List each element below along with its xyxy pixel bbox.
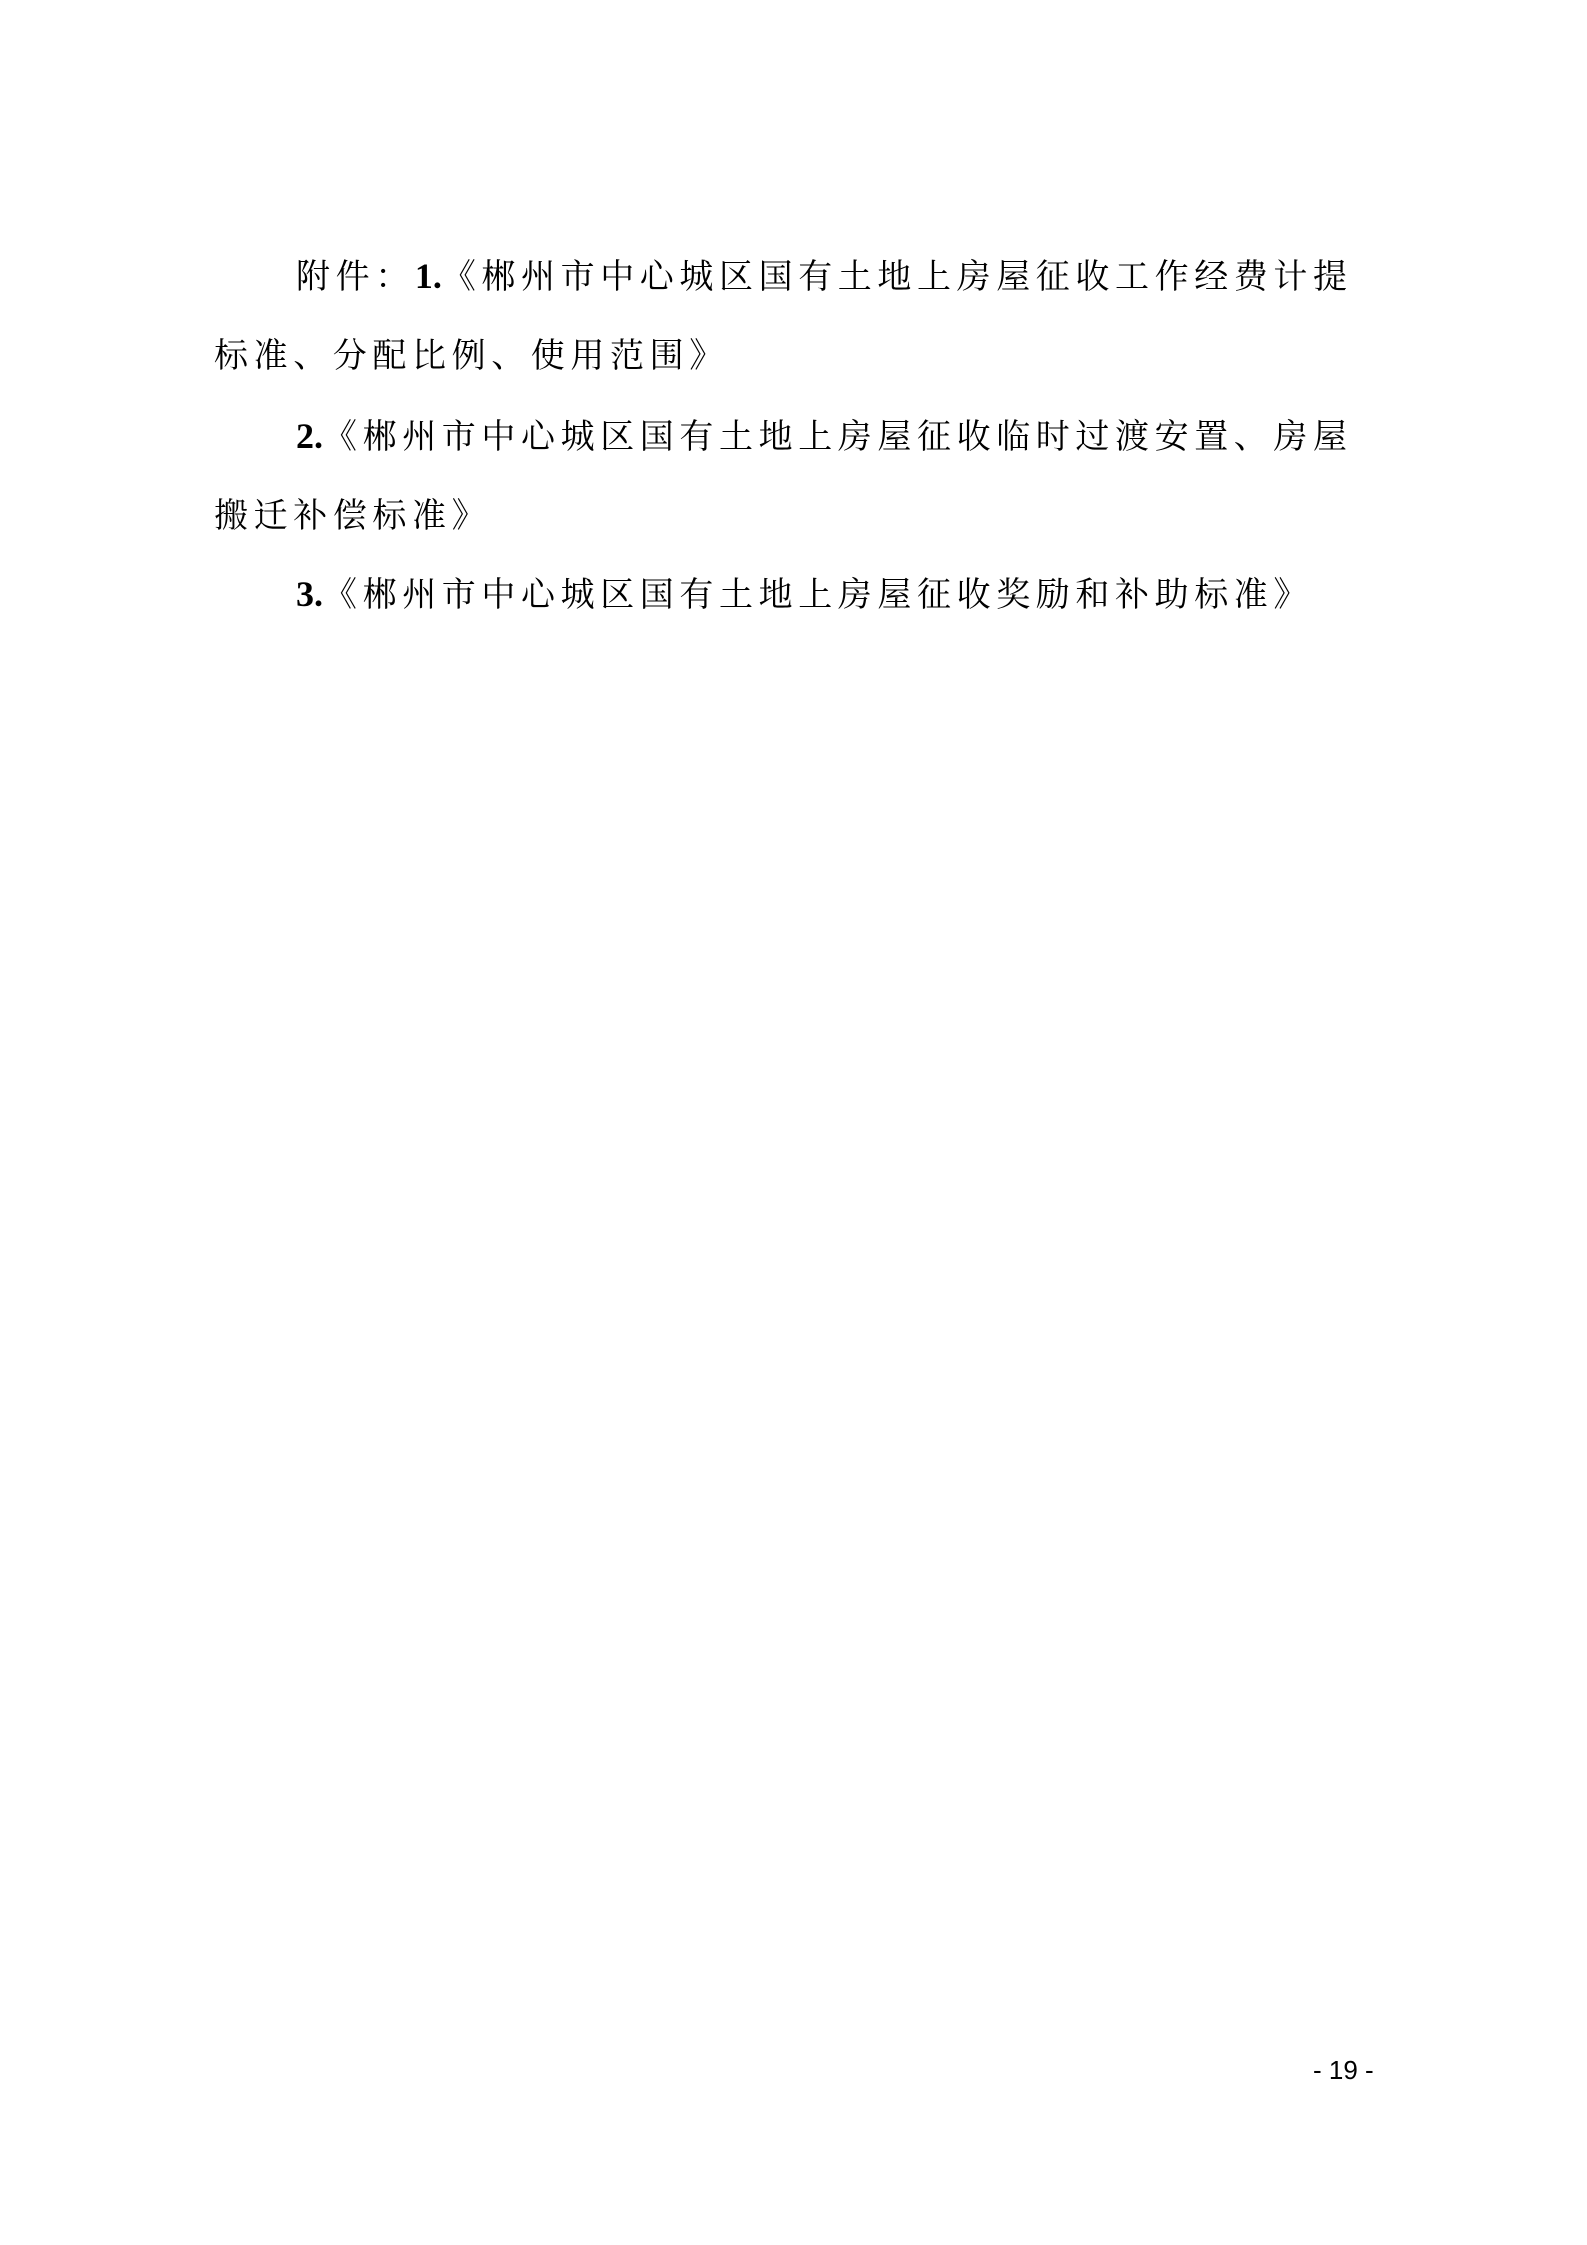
- attachment-3-line-1: 3.《郴州市中心城区国有土地上房屋征收奖励和补助标准》: [296, 574, 1313, 615]
- attachment-2-title-part-1: 《郴州市中心城区国有土地上房屋征收临时过渡安置、房屋: [323, 417, 1353, 457]
- attachment-1-line-2: 标准、分配比例、使用范围》: [214, 336, 729, 376]
- document-page: 附件：1.《郴州市中心城区国有土地上房屋征收工作经费计提 标准、分配比例、使用范…: [0, 0, 1587, 2245]
- page-number: - 19 -: [1313, 2055, 1374, 2085]
- attachments-label: 附件：: [296, 257, 415, 297]
- attachment-1-number: 1.: [415, 256, 442, 296]
- attachment-3-number: 3.: [296, 574, 323, 614]
- attachment-1-title-part-1: 《郴州市中心城区国有土地上房屋征收工作经费计提: [442, 257, 1353, 297]
- attachment-2-title-part-2: 搬迁补偿标准》: [214, 496, 491, 536]
- attachment-2-number: 2.: [296, 416, 323, 456]
- attachment-1-title-part-2: 标准、分配比例、使用范围》: [214, 336, 729, 376]
- attachment-3-title: 《郴州市中心城区国有土地上房屋征收奖励和补助标准》: [323, 575, 1313, 615]
- attachment-2-line-1: 2.《郴州市中心城区国有土地上房屋征收临时过渡安置、房屋: [296, 416, 1353, 457]
- attachment-2-line-2: 搬迁补偿标准》: [214, 496, 491, 536]
- attachment-1-line-1: 附件：1.《郴州市中心城区国有土地上房屋征收工作经费计提: [296, 256, 1353, 297]
